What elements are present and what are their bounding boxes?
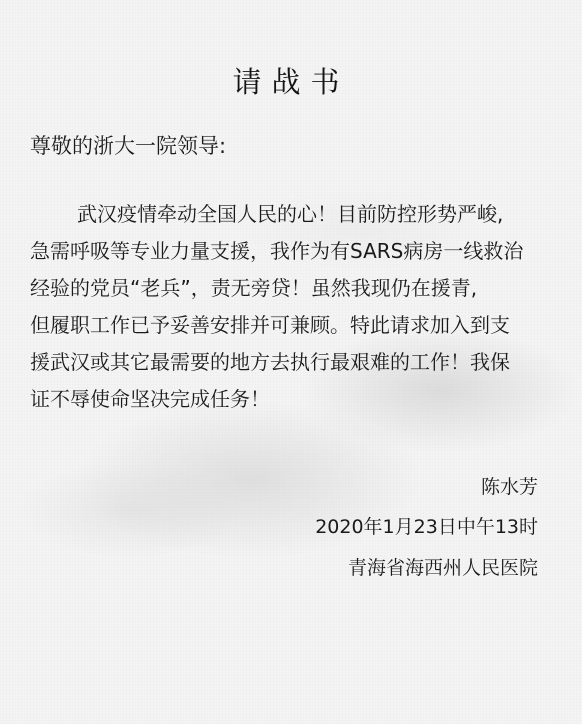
body-line: 证不辱使命坚决完成任务！ [30, 381, 550, 418]
body-line: 援武汉或其它最需要的地方去执行最艰难的工作！我保 [30, 344, 550, 381]
salutation: 尊敬的浙大一院领导: [30, 130, 226, 160]
body-line: 经验的党员“老兵”，责无旁贷！虽然我现仍在援青, [30, 270, 550, 307]
signature-name: 陈水芳 [481, 472, 538, 499]
body-line: 急需呼吸等专业力量支援，我作为有SARS病房一线救治 [30, 233, 550, 270]
signature-organization: 青海省海西州人民医院 [348, 553, 538, 580]
body-line: 但履职工作已予妥善安排并可兼顾。特此请求加入到支 [30, 307, 550, 344]
signature-date: 2020年1月23日中午13时 [315, 512, 538, 539]
body-line: 武汉疫情牵动全国人民的心！目前防控形势严峻, [30, 196, 550, 233]
letter-body: 武汉疫情牵动全国人民的心！目前防控形势严峻, 急需呼吸等专业力量支援，我作为有S… [30, 196, 550, 418]
document-title: 请战书 [0, 60, 582, 101]
